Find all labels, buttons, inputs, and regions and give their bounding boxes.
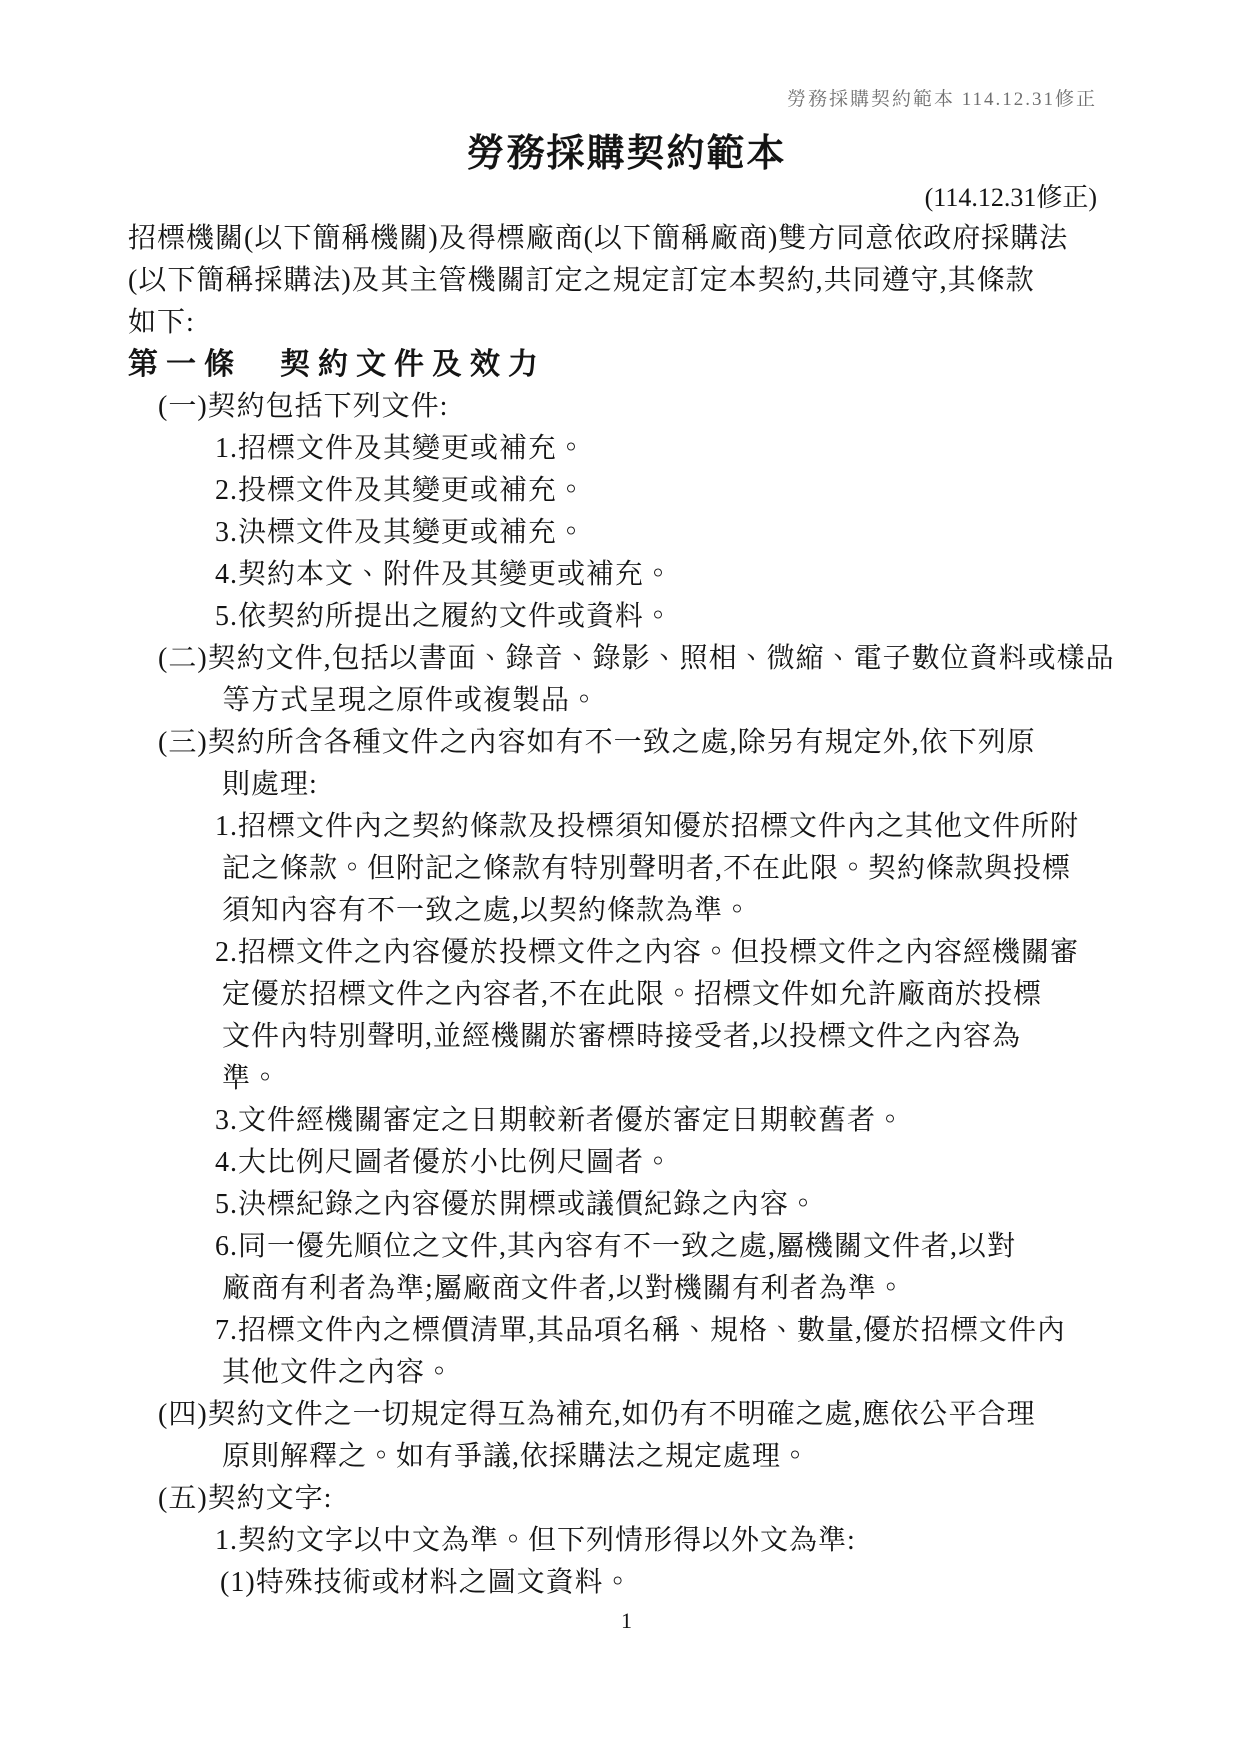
doc-line-l1: (三)契約所含各種文件之內容如有不一致之處,除另有規定外,依下列原 — [158, 722, 1125, 764]
doc-line-l2: 1.契約文字以中文為準。但下列情形得以外文為準: — [215, 1520, 1125, 1562]
doc-line-l1: (一)契約包括下列文件: — [158, 386, 1125, 428]
doc-line-l1c: 等方式呈現之原件或複製品。 — [222, 680, 1125, 722]
document-title: 勞務採購契約範本 — [128, 130, 1125, 178]
document-page: 勞務採購契約範本 114.12.31修正 勞務採購契約範本 (114.12.31… — [0, 0, 1240, 1754]
doc-line-l2c: 定優於招標文件之內容者,不在此限。招標文件如允許廠商於投標 — [222, 974, 1125, 1016]
doc-line-l2: 4.契約本文、附件及其變更或補充。 — [215, 554, 1125, 596]
doc-line-l2c: 記之條款。但附記之條款有特別聲明者,不在此限。契約條款與投標 — [222, 848, 1125, 890]
doc-line-l1c: 則處理: — [222, 764, 1125, 806]
doc-line-l2: 3.決標文件及其變更或補充。 — [215, 512, 1125, 554]
doc-line-body: 招標機關(以下簡稱機關)及得標廠商(以下簡稱廠商)雙方同意依政府採購法 — [128, 218, 1125, 260]
doc-line-l2: 6.同一優先順位之文件,其內容有不一致之處,屬機關文件者,以對 — [215, 1226, 1125, 1268]
doc-line-l2: 3.文件經機關審定之日期較新者優於審定日期較舊者。 — [215, 1100, 1125, 1142]
doc-line-l3: (1)特殊技術或材料之圖文資料。 — [220, 1562, 1125, 1604]
revision-note: (114.12.31修正) — [128, 178, 1125, 218]
document-body: 招標機關(以下簡稱機關)及得標廠商(以下簡稱廠商)雙方同意依政府採購法(以下簡稱… — [128, 218, 1125, 1604]
page-number: 1 — [128, 1606, 1125, 1636]
doc-line-l2: 2.招標文件之內容優於投標文件之內容。但投標文件之內容經機關審 — [215, 932, 1125, 974]
doc-line-l2c: 文件內特別聲明,並經機關於審標時接受者,以投標文件之內容為 — [222, 1016, 1125, 1058]
doc-line-body: 如下: — [128, 302, 1125, 344]
doc-line-l2: 5.決標紀錄之內容優於開標或議價紀錄之內容。 — [215, 1184, 1125, 1226]
doc-line-l1c: 原則解釋之。如有爭議,依採購法之規定處理。 — [222, 1436, 1125, 1478]
doc-line-l1: (五)契約文字: — [158, 1478, 1125, 1520]
doc-line-l2: 7.招標文件內之標價清單,其品項名稱、規格、數量,優於招標文件內 — [215, 1310, 1125, 1352]
doc-line-l1: (二)契約文件,包括以書面、錄音、錄影、照相、微縮、電子數位資料或樣品 — [158, 638, 1125, 680]
doc-line-l2: 1.招標文件內之契約條款及投標須知優於招標文件內之其他文件所附 — [215, 806, 1125, 848]
running-header: 勞務採購契約範本 114.12.31修正 — [787, 84, 1097, 111]
doc-line-body: (以下簡稱採購法)及其主管機關訂定之規定訂定本契約,共同遵守,其條款 — [128, 260, 1125, 302]
doc-line-l2: 1.招標文件及其變更或補充。 — [215, 428, 1125, 470]
doc-line-l2c: 準。 — [222, 1058, 1125, 1100]
doc-line-l2: 5.依契約所提出之履約文件或資料。 — [215, 596, 1125, 638]
document-content: 勞務採購契約範本 (114.12.31修正) 招標機關(以下簡稱機關)及得標廠商… — [0, 0, 1240, 1636]
doc-line-l1: (四)契約文件之一切規定得互為補充,如仍有不明確之處,應依公平合理 — [158, 1394, 1125, 1436]
doc-line-heading: 第一條 契約文件及效力 — [128, 344, 1125, 386]
doc-line-l2c: 廠商有利者為準;屬廠商文件者,以對機關有利者為準。 — [222, 1268, 1125, 1310]
doc-line-l2: 4.大比例尺圖者優於小比例尺圖者。 — [215, 1142, 1125, 1184]
doc-line-l2: 2.投標文件及其變更或補充。 — [215, 470, 1125, 512]
doc-line-l2c: 須知內容有不一致之處,以契約條款為準。 — [222, 890, 1125, 932]
doc-line-l2c: 其他文件之內容。 — [222, 1352, 1125, 1394]
